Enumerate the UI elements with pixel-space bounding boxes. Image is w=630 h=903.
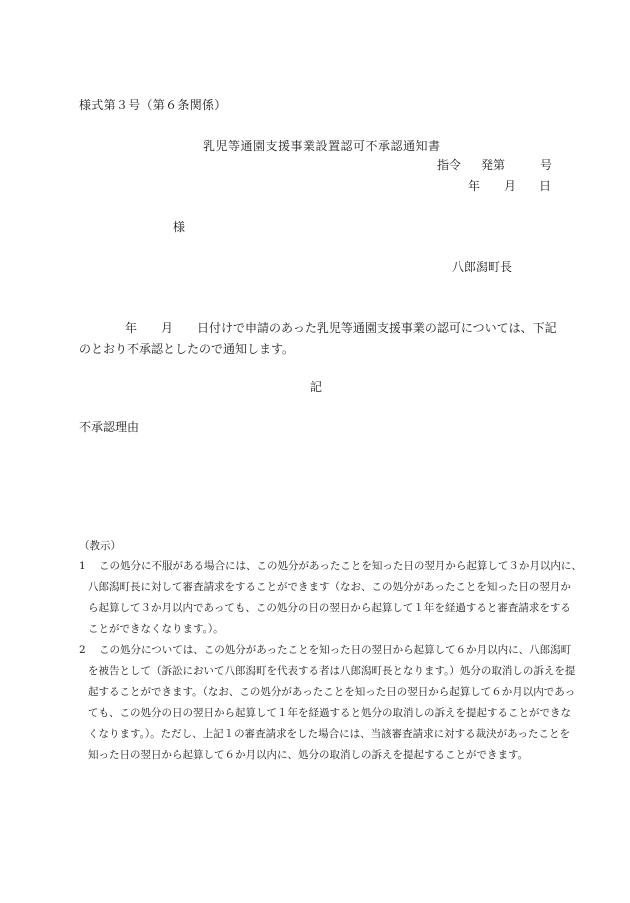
notice-heading: （教示） (79, 538, 121, 553)
date-month-label: 月 (504, 177, 516, 194)
reference-suffix: 号 (540, 156, 552, 173)
reference-prefix: 指令 (437, 156, 461, 173)
body-line-2: のとおり不承認としたので通知します。 (79, 339, 554, 360)
body-year-label: 年 (125, 321, 137, 335)
notice-line: ら起算して３か月以内であっても、この処分の日の翌日から起算して１年を経過すると審… (79, 598, 559, 619)
notice-line: ことができなくなります。）。 (79, 619, 559, 640)
notice-item-1: 1この処分に不服がある場合には、この処分があったことを知った日の翌月から起算して… (79, 556, 559, 640)
notice-line: ても、この処分の日の翌日から起算して１年を経過すると処分の取消しの訴えを提起する… (79, 703, 559, 724)
notice-line: 知った日の翌日から起算して６か月以内に、処分の取消しの訴えを提起することができま… (79, 745, 559, 766)
notice-line: くなります。）。ただし、上記１の審査請求をした場合には、当該審査請求に対する裁決… (79, 724, 559, 745)
notice-line: を被告として（訴訟において八郎潟町を代表する者は八郎潟町長となります。）処分の取… (79, 661, 559, 682)
notice-line: この処分に不服がある場合には、この処分があったことを知った日の翌月から起算して３… (99, 560, 582, 572)
notice-line: 八郎潟町長に対して審査請求をすることができます（なお、この処分があったことを知っ… (79, 577, 559, 598)
notice-line: 起することができます。（なお、この処分があったことを知った日の翌日から起算して６… (79, 682, 559, 703)
body-line1-text: 日付けで申請のあった乳児等通園支援事業の認可については、下記 (197, 321, 557, 335)
body-month-label: 月 (161, 321, 173, 335)
form-number: 様式第３号（第６条関係） (79, 96, 227, 113)
notice-line: この処分については、この処分があったことを知った日の翌日から起算して６か月以内に… (99, 644, 571, 656)
notice-item-2: 2この処分については、この処分があったことを知った日の翌日から起算して６か月以内… (79, 640, 559, 766)
reason-label: 不承認理由 (79, 418, 139, 435)
issuer-name: 八郎潟町長 (452, 258, 512, 275)
body-line-1: 年月日付けで申請のあった乳児等通園支援事業の認可については、下記 (79, 318, 554, 339)
addressee-suffix: 様 (173, 218, 185, 235)
body-paragraph: 年月日付けで申請のあった乳児等通園支援事業の認可については、下記 のとおり不承認… (79, 318, 554, 360)
notice-item-number: 2 (79, 640, 99, 661)
date-day-label: 日 (539, 177, 551, 194)
ki-heading: 記 (310, 378, 322, 395)
document-title: 乳児等通園支援事業設置認可不承認通知書 (203, 137, 441, 154)
notice-item-number: 1 (79, 556, 99, 577)
reference-middle: 発第 (481, 156, 505, 173)
date-year-label: 年 (468, 177, 480, 194)
